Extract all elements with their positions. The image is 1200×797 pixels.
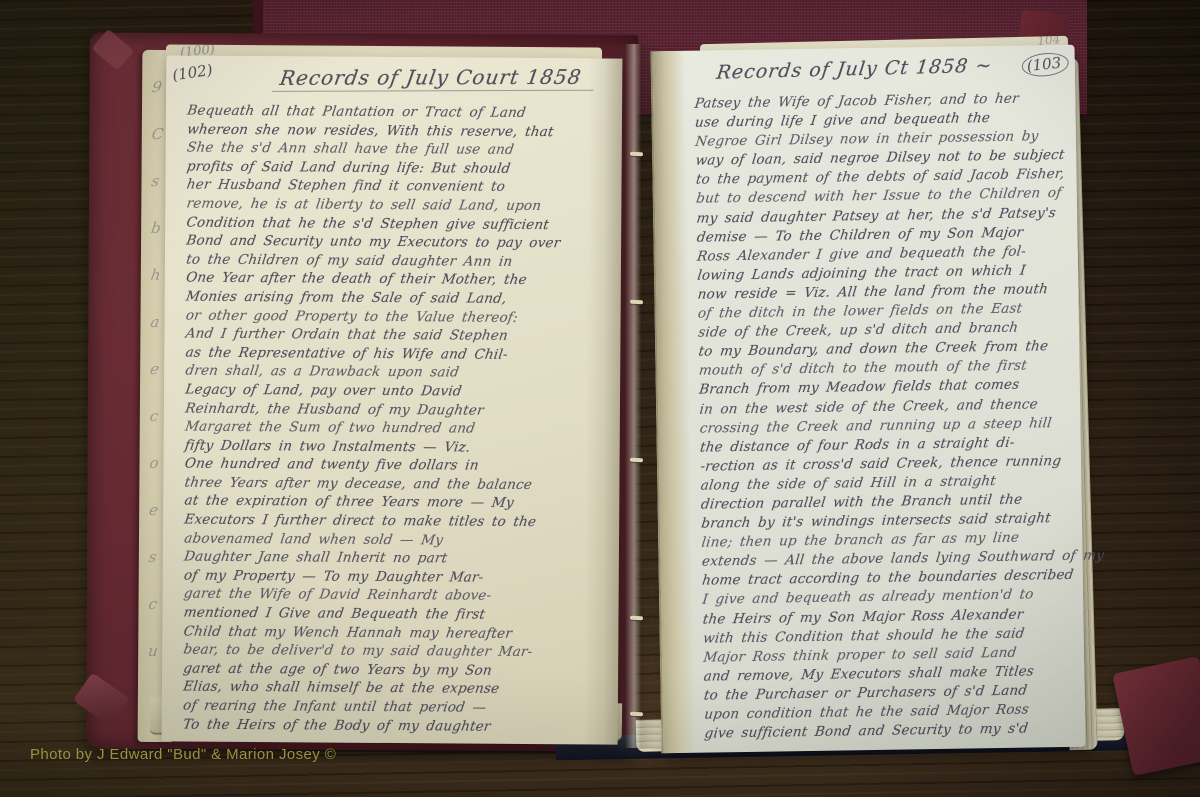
left-page-header-row: (102) Records of July Court 1858 [166, 55, 622, 102]
text-fragment: u [143, 642, 161, 689]
text-fragment: s [146, 172, 164, 219]
text-fragment: e [145, 360, 163, 407]
right-page-number: (103 [1020, 51, 1070, 79]
underpage-text-fragments: 9Csbhaecoescu [146, 78, 162, 689]
right-page: 104 Records of July Ct 1858 ~ (103 Patse… [651, 45, 1086, 754]
text-fragment: h [145, 266, 163, 313]
manuscript-line: Monies arising from the Sale of said Lan… [185, 288, 616, 310]
manuscript-line: remove, he is at liberty to sell said La… [185, 195, 616, 217]
text-fragment: c [143, 595, 161, 642]
manuscript-line: To the Heirs of the Body of my daughter [182, 715, 613, 737]
left-page-number: (102) [171, 61, 214, 85]
text-fragment: e [144, 501, 162, 548]
text-fragment: s [143, 548, 161, 595]
left-page-header: Records of July Court 1858 [272, 65, 598, 92]
text-fragment: o [144, 454, 162, 501]
manuscript-line: Executors I further direct to make title… [183, 511, 614, 533]
text-fragment: a [145, 313, 163, 360]
manuscript-line: of rearing the Infant until that period … [182, 697, 613, 719]
text-fragment: C [146, 125, 164, 172]
manuscript-line: Bequeath all that Plantation or Tract of… [186, 102, 617, 124]
manuscript-line: Legacy of Land, pay over unto David [184, 380, 615, 402]
manuscript-line: Margaret the Sum of two hundred and [184, 418, 615, 440]
photographer-watermark: Photo by J Edward "Bud" & Marion Josey © [30, 746, 336, 763]
left-page: (102) Records of July Court 1858 Bequeat… [162, 55, 623, 744]
left-page-manuscript-text: Bequeath all that Plantation or Tract of… [182, 102, 614, 737]
text-fragment: b [146, 219, 164, 266]
right-page-header-row: 104 Records of July Ct 1858 ~ (103 [651, 45, 1076, 96]
photograph-of-record-book: 9Csbhaecoescu (100) (102) Records of Jul… [0, 0, 1200, 797]
text-fragment: 9 [147, 78, 165, 125]
right-page-manuscript-text: Patsey the Wife of Jacob Fisher, and to … [693, 89, 1081, 744]
manuscript-line: mentioned I Give and Bequeath the first [182, 604, 613, 626]
right-page-header: Records of July Ct 1858 ~ [715, 55, 994, 84]
next-page-number-faint: 104 [1037, 32, 1061, 48]
text-fragment: c [144, 407, 162, 454]
